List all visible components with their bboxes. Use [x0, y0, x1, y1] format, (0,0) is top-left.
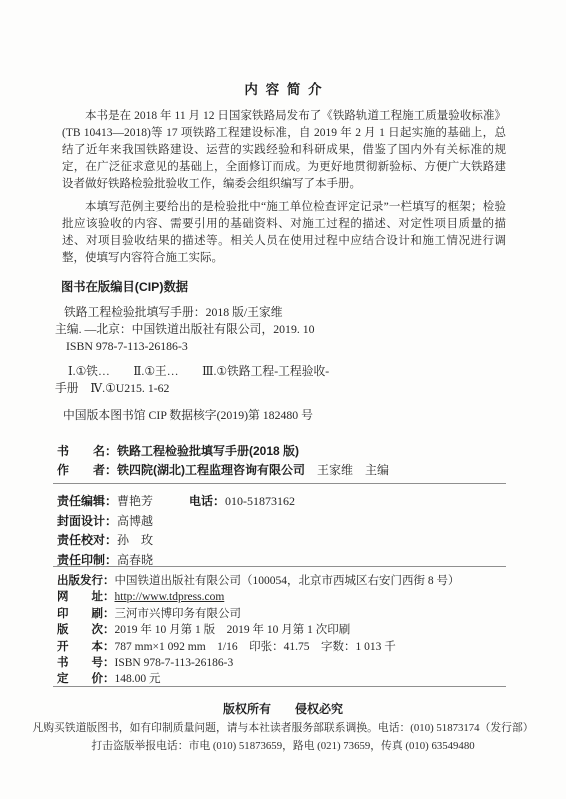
cip-class-line-1: Ⅰ.①铁… Ⅱ.①王… Ⅲ.①铁路工程-工程验收-	[55, 363, 507, 380]
book-author-company: 铁四院(湖北)工程监理咨询有限公司	[117, 463, 305, 477]
cip-class-line-2: 手册 Ⅳ.①U215. 1-62	[55, 380, 507, 397]
staff-row-editor: 责任编辑：曹艳芳电话：010-51873162	[57, 492, 507, 512]
staff-row-proofreader: 责任校对：孙 玫	[57, 531, 507, 551]
copyright-line-2: 打击盗版举报电话：市电 (010) 51873659，路电 (021) 7365…	[0, 740, 566, 753]
divider-1	[53, 483, 506, 484]
book-author-person: 王家维 主编	[317, 463, 389, 477]
editor-phone-value: 010-51873162	[225, 494, 295, 508]
printer-value: 三河市兴博印务有限公司	[115, 608, 242, 620]
book-title-value: 铁路工程检验批填写手册(2018 版)	[117, 444, 299, 458]
divider-3	[53, 686, 506, 687]
editor-name: 曹艳芳	[117, 492, 189, 512]
proofreader-label: 责任校对：	[57, 533, 117, 547]
editor-label: 责任编辑：	[57, 494, 117, 508]
summary-paragraph-1: 本书是在 2018 年 11 月 12 日国家铁路局发布了《铁路轨道工程施工质量…	[62, 108, 506, 193]
website-label: 网 址：	[57, 589, 115, 605]
cover-designer-label: 封面设计：	[57, 514, 117, 528]
isbn-row: 书 号：ISBN 978-7-113-26186-3	[57, 655, 509, 671]
staff-row-print-supervisor: 责任印制：高春晓	[57, 551, 507, 571]
cover-designer-name: 高博越	[117, 514, 153, 528]
cip-heading: 图书在版编目(CIP)数据	[55, 277, 507, 295]
publishing-section: 出版发行：中国铁道出版社有限公司（100054，北京市西城区右安门西街 8 号）…	[57, 573, 509, 688]
publisher-url[interactable]: http://www.tdpress.com	[115, 591, 225, 603]
printer-row: 印 刷：三河市兴博印务有限公司	[57, 606, 509, 622]
staff-row-cover-designer: 封面设计：高博越	[57, 512, 507, 532]
book-title-label: 书 名：	[57, 444, 117, 458]
cip-section: 图书在版编目(CIP)数据 铁路工程检验批填写手册：2018 版/王家维 主编.…	[55, 277, 507, 423]
summary-paragraph-2: 本填写范例主要给出的是检验批中“施工单位检查评定记录”一栏填写的框架；检验批应该…	[62, 199, 506, 267]
book-author-row: 作 者：铁四院(湖北)工程监理咨询有限公司王家维 主编	[57, 461, 507, 480]
copyright-line-1: 凡购买铁道版图书，如有印制质量问题，请与本社读者服务部联系调换。电话：(010)…	[0, 722, 566, 735]
publisher-value: 中国铁道出版社有限公司（100054，北京市西城区右安门西街 8 号）	[115, 575, 460, 587]
format-label: 开 本：	[57, 639, 115, 655]
format-value: 787 mm×1 092 mm 1/16 印张：41.75 字数：1 013 千	[115, 641, 396, 653]
cip-entry: 铁路工程检验批填写手册：2018 版/王家维 主编. —北京：中国铁道出版社有限…	[55, 304, 507, 355]
summary-title: 内 容 简 介	[62, 78, 506, 98]
publisher-label: 出版发行：	[57, 573, 115, 589]
copyright-notice-section: 版权所有 侵权必究 凡购买铁道版图书，如有印制质量问题，请与本社读者服务部联系调…	[0, 700, 566, 753]
price-value: 148.00 元	[115, 673, 161, 685]
edition-value: 2019 年 10 月第 1 版 2019 年 10 月第 1 次印刷	[115, 624, 351, 636]
print-supervisor-label: 责任印制：	[57, 553, 117, 567]
cip-isbn: ISBN 978-7-113-26186-3	[55, 338, 507, 355]
cip-record-number: 中国版本图书馆 CIP 数据核字(2019)第 182480 号	[55, 406, 507, 423]
proofreader-name: 孙 玫	[117, 533, 153, 547]
content-summary-section: 内 容 简 介 本书是在 2018 年 11 月 12 日国家铁路局发布了《铁路…	[62, 78, 506, 267]
book-copyright-page: 内 容 简 介 本书是在 2018 年 11 月 12 日国家铁路局发布了《铁路…	[0, 0, 566, 799]
divider-2	[53, 566, 506, 567]
cip-classification: Ⅰ.①铁… Ⅱ.①王… Ⅲ.①铁路工程-工程验收- 手册 Ⅳ.①U215. 1-…	[55, 363, 507, 397]
cip-title-line: 铁路工程检验批填写手册：2018 版/王家维	[55, 304, 507, 321]
editor-phone-label: 电话：	[189, 494, 225, 508]
isbn-value: ISBN 978-7-113-26186-3	[115, 657, 234, 669]
print-supervisor-name: 高春晓	[117, 553, 153, 567]
publisher-row: 出版发行：中国铁道出版社有限公司（100054，北京市西城区右安门西街 8 号）	[57, 573, 509, 589]
staff-section: 责任编辑：曹艳芳电话：010-51873162 封面设计：高博越 责任校对：孙 …	[57, 492, 507, 570]
printer-label: 印 刷：	[57, 606, 115, 622]
book-title-row: 书 名：铁路工程检验批填写手册(2018 版)	[57, 442, 507, 461]
book-author-label: 作 者：	[57, 463, 117, 477]
copyright-title: 版权所有 侵权必究	[0, 700, 566, 717]
format-row: 开 本：787 mm×1 092 mm 1/16 印张：41.75 字数：1 0…	[57, 639, 509, 655]
website-row: 网 址：http://www.tdpress.com	[57, 589, 509, 605]
edition-label: 版 次：	[57, 622, 115, 638]
isbn-label: 书 号：	[57, 655, 115, 671]
edition-row: 版 次：2019 年 10 月第 1 版 2019 年 10 月第 1 次印刷	[57, 622, 509, 638]
cip-publisher-line: 主编. —北京：中国铁道出版社有限公司，2019. 10	[55, 321, 507, 338]
book-info-section: 书 名：铁路工程检验批填写手册(2018 版) 作 者：铁四院(湖北)工程监理咨…	[57, 442, 507, 480]
